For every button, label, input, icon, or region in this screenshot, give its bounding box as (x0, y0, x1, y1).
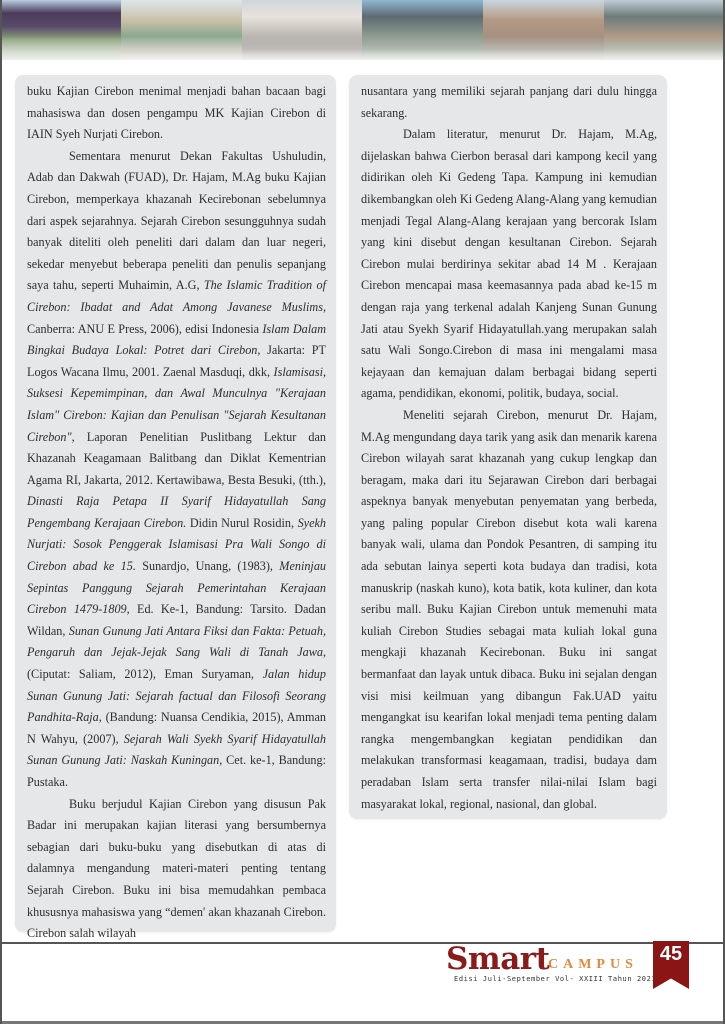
campus-building-photo-4 (483, 0, 604, 66)
text-run: , Laporan Penelitian Puslitbang Lektur d… (27, 430, 326, 487)
paragraph: Meneliti sejarah Cirebon, menurut Dr. Ha… (361, 405, 657, 815)
text-run: Canberra: ANU E Press, 2006), edisi Indo… (27, 322, 259, 336)
campus-building-photo-2 (121, 0, 242, 66)
magazine-brand-logo: Smart CAMPUS Edisi Juli-September Vol- X… (446, 945, 656, 990)
campus-gate-arch-photo (242, 0, 363, 66)
campus-building-photo-3 (362, 0, 483, 66)
paragraph: buku Kajian Cirebon menimal menjadi baha… (27, 81, 326, 146)
text-run: Didin Nurul Rosidin, (190, 516, 294, 530)
text-run: Sementara menurut Dekan Fakultas Ushulud… (27, 149, 326, 293)
book-title: Sunan Gunung Jati Antara Fiksi dan Fakta… (27, 624, 326, 660)
text-run: Sunardjo, Unang, (1983), (142, 559, 273, 573)
footer-divider (0, 942, 725, 944)
right-column-card: nusantara yang memiliki sejarah panjang … (349, 75, 667, 819)
brand-campus-text: CAMPUS (548, 957, 638, 973)
paragraph-references: Sementara menurut Dekan Fakultas Ushulud… (27, 146, 326, 794)
paragraph: nusantara yang memiliki sejarah panjang … (361, 81, 657, 124)
header-photo-banner (0, 0, 725, 66)
campus-building-photo-5 (604, 0, 725, 66)
campus-building-photo-1 (0, 0, 121, 66)
left-column-card: buku Kajian Cirebon menimal menjadi baha… (15, 75, 336, 932)
brand-smart-text: Smart (446, 941, 549, 977)
paragraph: Buku berjudul Kajian Cirebon yang disusu… (27, 794, 326, 945)
page-number: 45 (653, 943, 689, 966)
edition-label: Edisi Juli-September Vol- XXIII Tahun 20… (454, 975, 656, 983)
paragraph: Dalam literatur, menurut Dr. Hajam, M.Ag… (361, 124, 657, 405)
banner-fade (0, 60, 725, 66)
